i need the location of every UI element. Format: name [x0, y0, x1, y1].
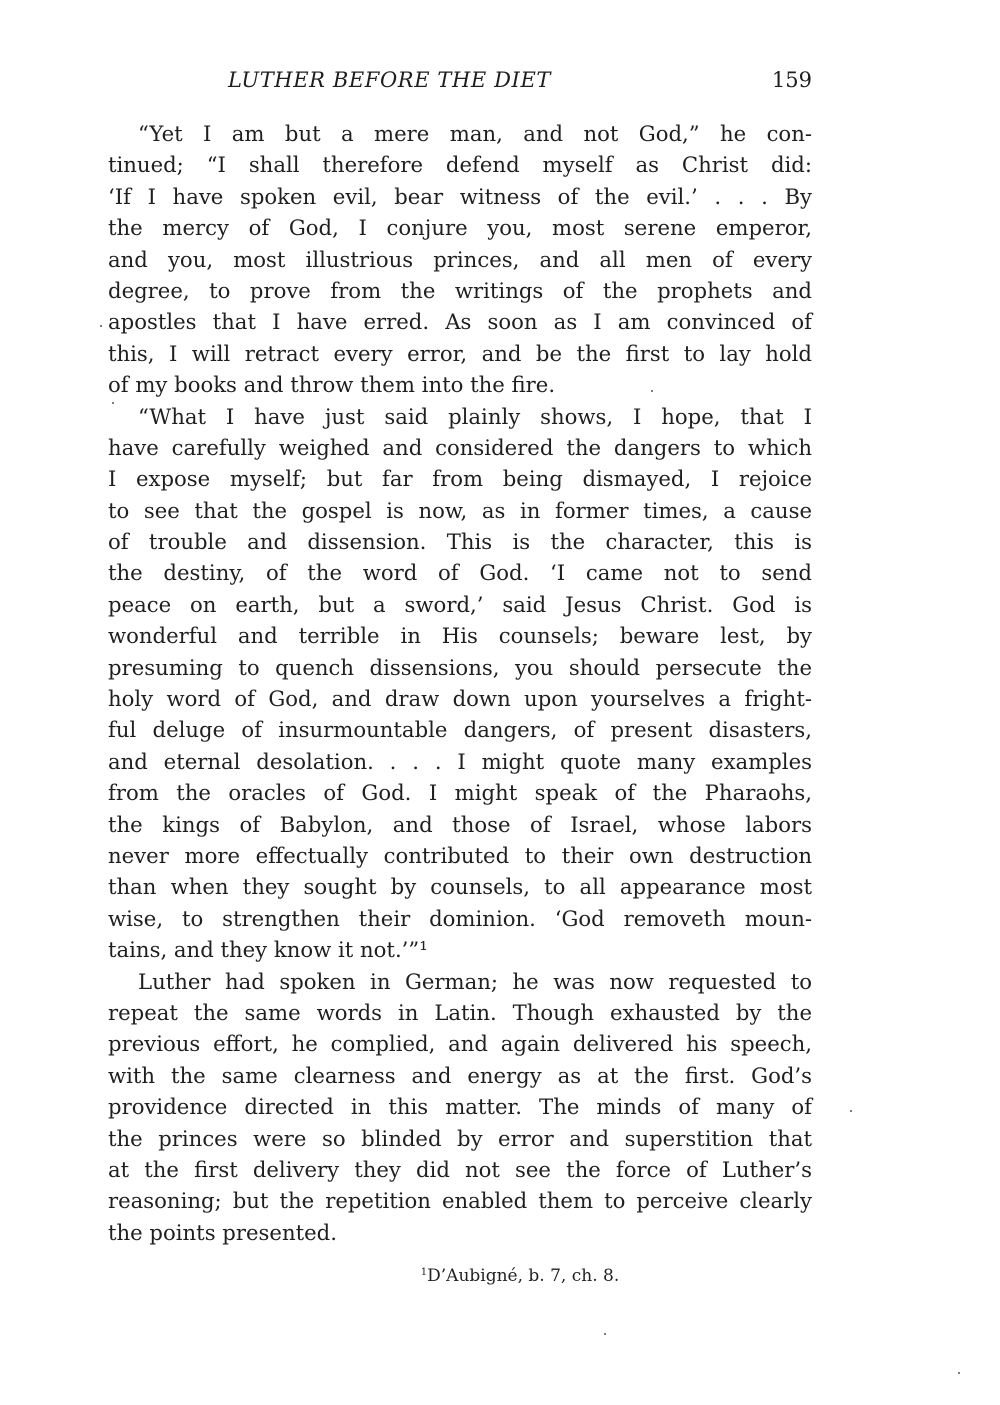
text-line: ful deluge of insurmountable dangers, of…	[108, 714, 812, 745]
text-line: at the first delivery they did not see t…	[108, 1154, 812, 1185]
footnote: 1D’Aubigné, b. 7, ch. 8.	[0, 1266, 1000, 1286]
scan-speck	[100, 325, 102, 327]
text-line: peace on earth, but a sword,’ said Jesus…	[108, 589, 812, 620]
text-line: to see that the gospel is now, as in for…	[108, 495, 812, 526]
text-line: of my books and throw them into the fire…	[108, 369, 812, 400]
text-line: “What I have just said plainly shows, I …	[108, 401, 812, 432]
scan-speck	[604, 1333, 606, 1335]
text-line: than when they sought by counsels, to al…	[108, 871, 812, 902]
text-line: tains, and they know it not.’”¹	[108, 934, 812, 965]
text-line: degree, to prove from the writings of th…	[108, 275, 812, 306]
text-line: never more effectually contributed to th…	[108, 840, 812, 871]
text-line: “Yet I am but a mere man, and not God,” …	[108, 118, 812, 149]
text-line: and you, most illustrious princes, and a…	[108, 244, 812, 275]
text-line: wise, to strengthen their dominion. ‘God…	[108, 903, 812, 934]
text-line: Luther had spoken in German; he was now …	[108, 966, 812, 997]
text-line: I expose myself; but far from being dism…	[108, 463, 812, 494]
text-line: wonderful and terrible in His counsels; …	[108, 620, 812, 651]
footnote-text: D’Aubigné, b. 7, ch. 8.	[427, 1266, 619, 1286]
text-line: presuming to quench dissensions, you sho…	[108, 652, 812, 683]
running-head: LUTHER BEFORE THE DIET 159	[108, 68, 812, 98]
text-line: reasoning; but the repetition enabled th…	[108, 1185, 812, 1216]
text-line: have carefully weighed and considered th…	[108, 432, 812, 463]
text-line: with the same clearness and energy as at…	[108, 1060, 812, 1091]
text-line: of trouble and dissension. This is the c…	[108, 526, 812, 557]
text-line: the points presented.	[108, 1217, 812, 1248]
text-line: previous effort, he complied, and again …	[108, 1028, 812, 1059]
book-page: LUTHER BEFORE THE DIET 159 “Yet I am but…	[0, 0, 1000, 1405]
text-line: this, I will retract every error, and be…	[108, 338, 812, 369]
text-line: providence directed in this matter. The …	[108, 1091, 812, 1122]
text-line: apostles that I have erred. As soon as I…	[108, 306, 812, 337]
text-line: ‘If I have spoken evil, bear witness of …	[108, 181, 812, 212]
running-title: LUTHER BEFORE THE DIET	[228, 68, 551, 92]
text-line: the princes were so blinded by error and…	[108, 1123, 812, 1154]
scan-speck	[850, 1110, 852, 1112]
text-line: repeat the same words in Latin. Though e…	[108, 997, 812, 1028]
text-line: from the oracles of God. I might speak o…	[108, 777, 812, 808]
text-line: the mercy of God, I conjure you, most se…	[108, 212, 812, 243]
text-line: holy word of God, and draw down upon you…	[108, 683, 812, 714]
text-line: the kings of Babylon, and those of Israe…	[108, 809, 812, 840]
scan-speck	[651, 390, 653, 392]
scan-speck	[112, 402, 114, 404]
body-text: “Yet I am but a mere man, and not God,” …	[108, 118, 812, 1248]
page-number: 159	[772, 68, 812, 92]
text-line: tinued; “I shall therefore defend myself…	[108, 149, 812, 180]
text-line: the destiny, of the word of God. ‘I came…	[108, 557, 812, 588]
scan-speck	[958, 1372, 960, 1374]
text-line: and eternal desolation. . . . I might qu…	[108, 746, 812, 777]
